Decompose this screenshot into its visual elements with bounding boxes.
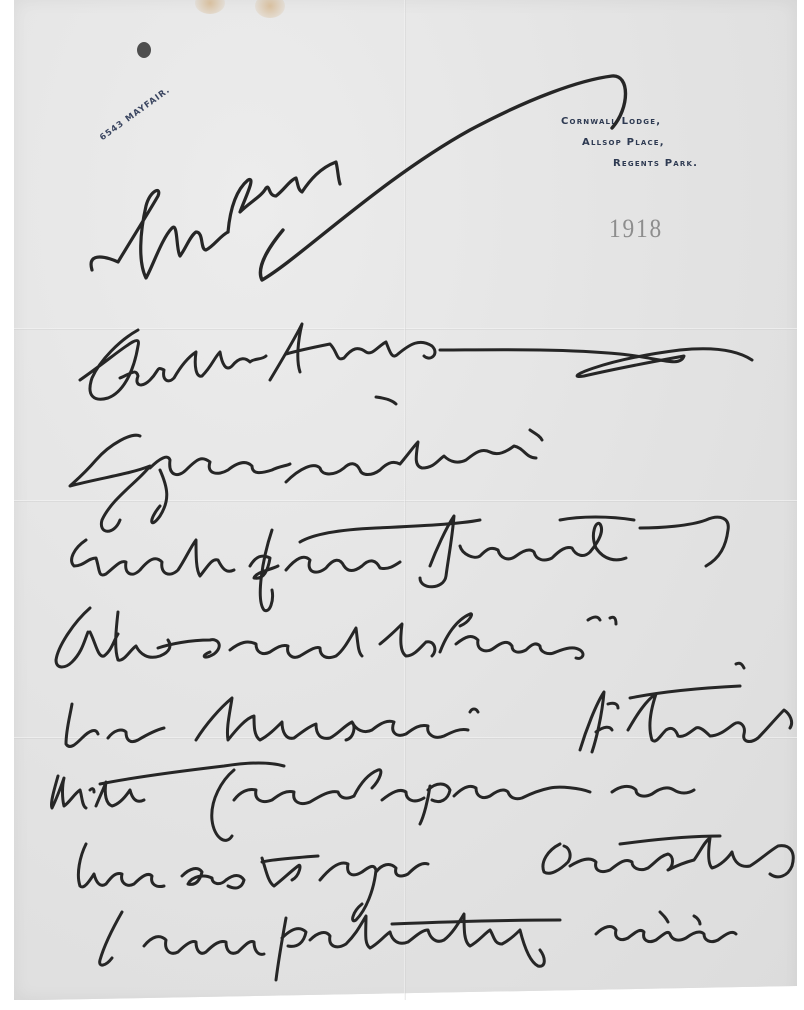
handwriting-ink [0,0,804,1010]
body-line-2-handwriting [72,516,729,611]
body-line-4-handwriting [66,663,792,752]
body-line-6-handwriting [78,836,793,921]
body-line-1-handwriting [70,430,542,531]
body-line-7-handwriting [100,912,736,980]
salutation-handwriting [91,76,625,280]
body-line-3-handwriting [56,608,616,667]
body-line-5-handwriting [51,763,694,840]
dash-mark [376,397,396,404]
greeting-handwriting [80,324,752,399]
